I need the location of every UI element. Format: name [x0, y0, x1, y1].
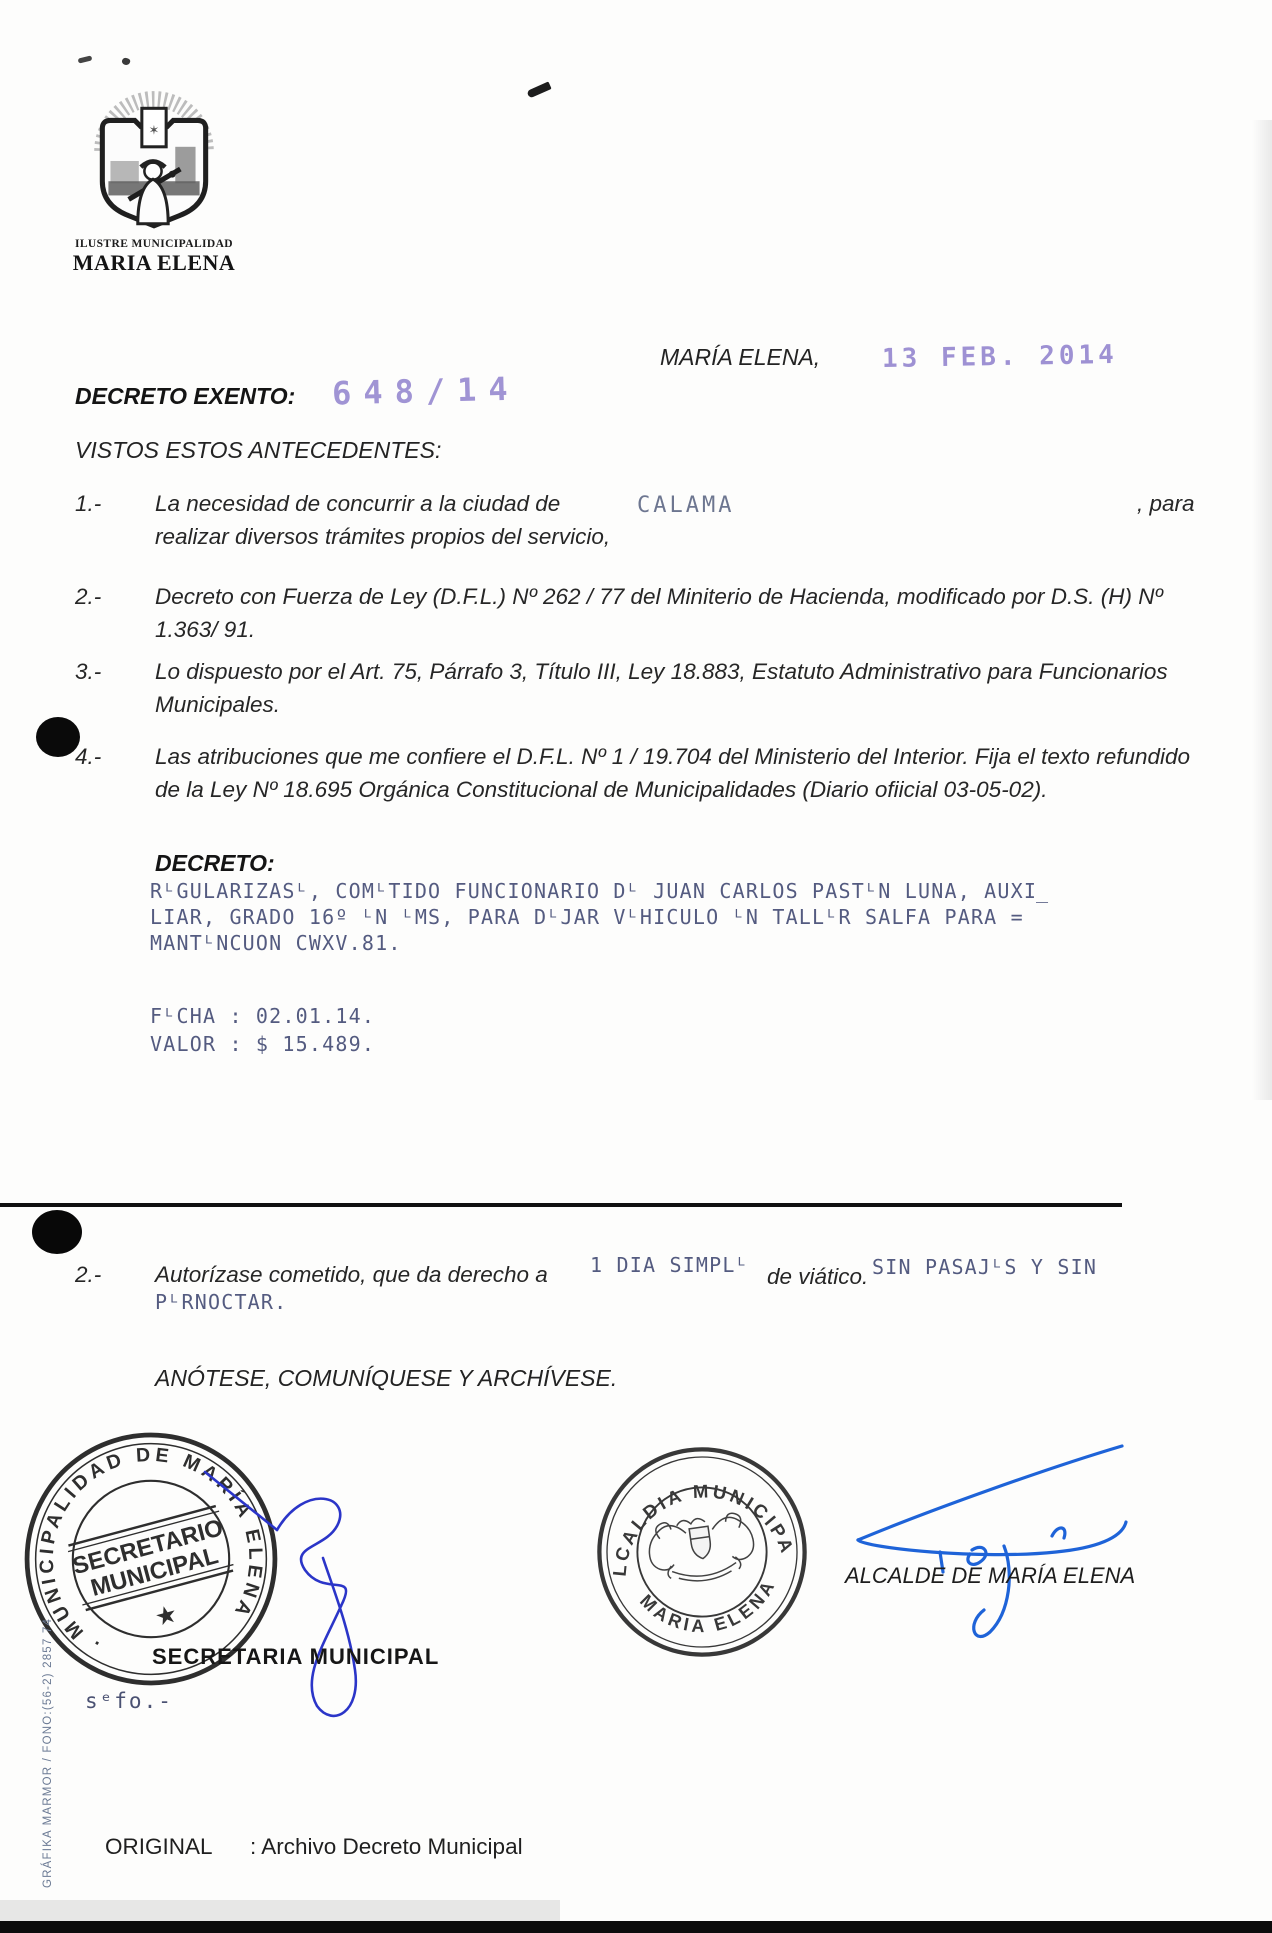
- logo-miner-hand: [169, 171, 176, 178]
- fecha-line: FᴸCHA : 02.01.14.: [150, 1002, 375, 1030]
- typed-conditions: SIN PASAJᴸS Y SIN: [872, 1251, 1097, 1284]
- item1-text-after: , para: [1137, 487, 1195, 520]
- coat-of-arms: [645, 1511, 757, 1588]
- hole-punch-mark: [36, 717, 80, 757]
- pen-mark: [78, 55, 93, 63]
- logo-chimney: [175, 147, 195, 183]
- page-divider-line: [0, 1203, 1122, 1207]
- item-number: 2.-: [75, 580, 145, 613]
- footer-value: : Archivo Decreto Municipal: [250, 1834, 523, 1859]
- decreto-heading: DECRETO:: [155, 850, 275, 877]
- hole-punch-mark: [32, 1210, 82, 1254]
- date-stamp: 13 FEB. 2014: [882, 340, 1118, 374]
- left-seal-star: ★: [152, 1600, 180, 1632]
- decreto-fecha-valor: FᴸCHA : 02.01.14. VALOR : $ 15.489.: [150, 1002, 375, 1058]
- alcaldia-municipal-seal: ALCALDIA MUNICIPAL MARIA ELENA: [588, 1438, 816, 1666]
- footer-label: ORIGINAL: [105, 1834, 212, 1859]
- scan-edge-bar-bottom: [0, 1921, 1272, 1933]
- antecedente-item: Las atribuciones que me confiere el D.F.…: [155, 740, 1200, 806]
- initials-note: sᵉfo.-: [85, 1689, 173, 1713]
- alcalde-title: ALCALDE DE MARÍA ELENA: [845, 1563, 1135, 1589]
- closing-formula: ANÓTESE, COMUNÍQUESE Y ARCHÍVESE.: [155, 1365, 617, 1392]
- decree-number-stamp: 648/14: [332, 370, 521, 413]
- logo-caption-top: ILUSTRE MUNICIPALIDAD: [64, 238, 244, 250]
- autorizacion-before: Autorízase cometido, que da derecho a: [155, 1262, 548, 1287]
- alcalde-signature: [800, 1418, 1140, 1658]
- secretaria-signature: [185, 1420, 405, 1740]
- item1-line2: realizar diversos trámites propios del s…: [155, 520, 1200, 553]
- pen-mark: [526, 81, 551, 98]
- print-shop-margin-note: GRÁFIKA MARMOR / FONO:(56-2) 2857 74: [42, 1528, 54, 1888]
- item1-typed-city: CALAMA: [637, 489, 734, 522]
- scanned-decree-page: ✶ ILUSTRE MUNICIPALIDAD MARIA ELENA MARÍ…: [0, 0, 1272, 1933]
- antecedente-item: La necesidad de concurrir a la ciudad de…: [155, 487, 1200, 557]
- item1-text-before: La necesidad de concurrir a la ciudad de: [155, 491, 560, 516]
- footer-distribution: ORIGINAL : Archivo Decreto Municipal: [105, 1834, 523, 1860]
- antecedente-item: Lo dispuesto por el Art. 75, Párrafo 3, …: [155, 655, 1200, 721]
- autorizacion-middle: de viático.: [767, 1260, 868, 1293]
- pen-mark: [121, 57, 131, 66]
- typed-line: LIAR, GRADO 16º ᴸN ᴸMS, PARA DᴸJAR VᴸHIC…: [150, 904, 1049, 930]
- decreto-typed-body: RᴸGULARIZASᴸ, COMᴸTIDO FUNCIONARIO Dᴸ JU…: [150, 878, 1049, 956]
- typed-conditions-line2: PᴸRNOCTAR.: [155, 1286, 287, 1319]
- vistos-heading: VISTOS ESTOS ANTECEDENTES:: [75, 437, 441, 464]
- typed-line: MANTᴸNCUON CWXV.81.: [150, 930, 1049, 956]
- municipal-logo-emblem: ✶: [78, 84, 230, 240]
- municipal-logo: ✶ ILUSTRE MUNICIPALIDAD MARIA ELENA: [78, 84, 230, 240]
- logo-caption-main: MARIA ELENA: [64, 250, 244, 276]
- item-number: 2.-: [75, 1258, 145, 1291]
- valor-line: VALOR : $ 15.489.: [150, 1030, 375, 1058]
- item-number: 3.-: [75, 655, 145, 688]
- autorizacion-item: Autorízase cometido, que da derecho a 1 …: [155, 1258, 1215, 1333]
- decree-label: DECRETO EXENTO:: [75, 383, 295, 410]
- item-number: 1.-: [75, 487, 145, 520]
- secretaria-title: SECRETARIA MUNICIPAL: [152, 1644, 439, 1670]
- logo-building: [110, 161, 138, 183]
- typed-line: RᴸGULARIZASᴸ, COMᴸTIDO FUNCIONARIO Dᴸ JU…: [150, 878, 1049, 904]
- logo-star: ✶: [148, 123, 159, 138]
- dateline-place: MARÍA ELENA,: [660, 344, 820, 371]
- scan-streak-right: [1252, 120, 1272, 1100]
- antecedente-item: Decreto con Fuerza de Ley (D.F.L.) Nº 26…: [155, 580, 1200, 646]
- item-number: 4.-: [75, 740, 145, 773]
- typed-duration: 1 DIA SIMPLᴸ: [590, 1249, 749, 1282]
- scan-smudge-bottom: [0, 1900, 560, 1922]
